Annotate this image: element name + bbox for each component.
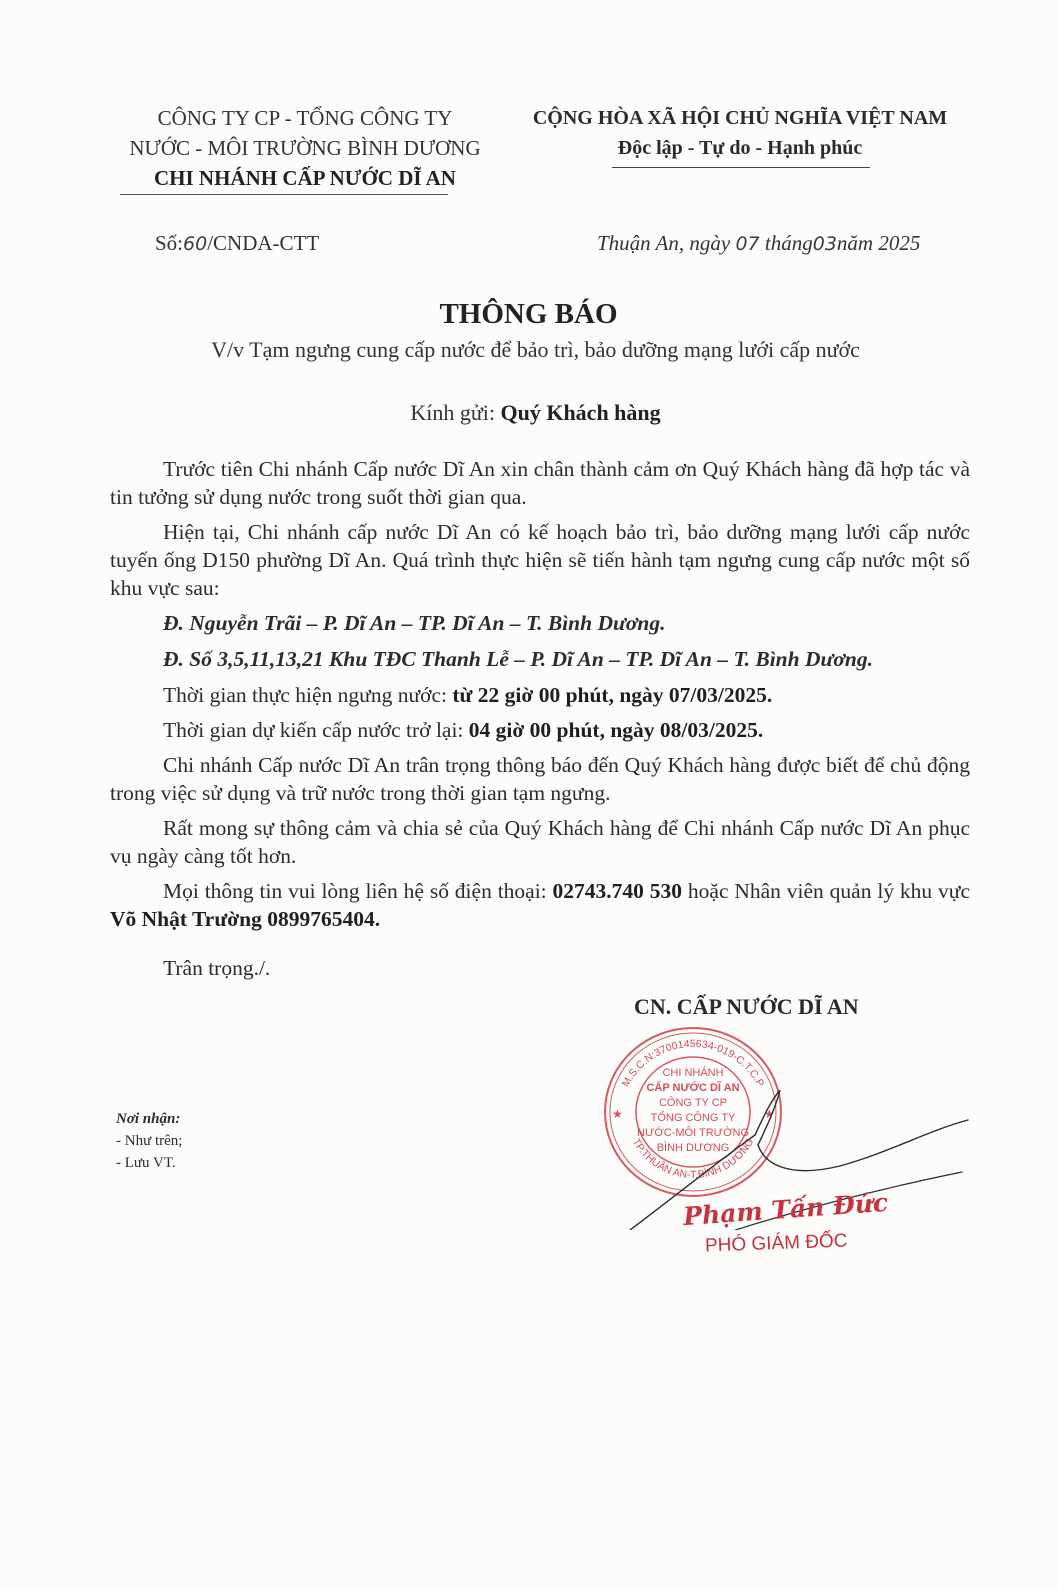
issuer-parent-company: CÔNG TY CP - TỔNG CÔNG TY: [70, 103, 540, 133]
recipients-title: Nơi nhận:: [116, 1108, 182, 1130]
document-number: Số:60/CNDA-CTT: [155, 231, 319, 256]
date-month-label: tháng: [760, 231, 813, 255]
issuer-parent-company-line2: NƯỚC - MÔI TRƯỜNG BÌNH DƯƠNG: [70, 133, 540, 163]
issuer-underline: [120, 194, 448, 195]
national-header: CỘNG HÒA XÃ HỘI CHỦ NGHĨA VIỆT NAM Độc l…: [500, 103, 980, 163]
greeting-label: Kính gửi:: [410, 400, 500, 425]
date-month: 03: [813, 233, 837, 255]
document-subject: V/v Tạm ngưng cung cấp nước để bảo trì, …: [0, 337, 1057, 363]
recipients-block: Nơi nhận: - Như trên; - Lưu VT.: [116, 1108, 182, 1174]
paragraph-apology: Rất mong sự thông cảm và chia sẻ của Quý…: [110, 814, 970, 870]
stop-time-value: từ 22 giờ 00 phút, ngày 07/03/2025.: [452, 683, 772, 707]
issuer-branch-name: CHI NHÁNH CẤP NƯỚC DĨ AN: [70, 163, 540, 193]
paragraph-contact: Mọi thông tin vui lòng liên hệ số điện t…: [110, 877, 970, 933]
affected-address-1: Đ. Nguyễn Trãi – P. Dĩ An – TP. Dĩ An – …: [110, 609, 970, 637]
contact-phone: 02743.740 530: [553, 879, 683, 903]
date-day: 07: [735, 233, 759, 255]
closing: Trân trọng./.: [163, 956, 270, 981]
greeting-recipient: Quý Khách hàng: [500, 400, 660, 425]
document-body: Trước tiên Chi nhánh Cấp nước Dĩ An xin …: [110, 455, 970, 940]
resume-time: Thời gian dự kiến cấp nước trở lại: 04 g…: [110, 716, 970, 744]
stamp-inner-line: CHI NHÁNH: [662, 1066, 723, 1079]
stop-time: Thời gian thực hiện ngưng nước: từ 22 gi…: [110, 681, 970, 709]
resume-time-value: 04 giờ 00 phút, ngày 08/03/2025.: [469, 718, 763, 742]
recipient-item: - Như trên;: [116, 1130, 182, 1152]
contact-middle: hoặc Nhân viên quản lý khu vực: [682, 879, 970, 903]
motto-underline: [612, 167, 870, 168]
greeting: Kính gửi: Quý Khách hàng: [0, 400, 1057, 426]
signer-title: PHÓ GIÁM ĐỐC: [705, 1231, 848, 1258]
paragraph-plan: Hiện tại, Chi nhánh cấp nước Dĩ An có kế…: [110, 518, 970, 602]
contact-prefix: Mọi thông tin vui lòng liên hệ số điện t…: [163, 879, 553, 903]
national-name: CỘNG HÒA XÃ HỘI CHỦ NGHĨA VIỆT NAM: [500, 103, 980, 133]
date-place: Thuận An, ngày: [597, 231, 735, 255]
affected-address-2: Đ. Số 3,5,11,13,21 Khu TĐC Thanh Lễ – P.…: [110, 645, 970, 673]
document-number-suffix: /CNDA-CTT: [207, 231, 319, 255]
document-number-handwritten: 60: [183, 233, 207, 255]
signature-org: CN. CẤP NƯỚC DĨ AN: [634, 994, 859, 1020]
recipient-item: - Lưu VT.: [116, 1152, 182, 1174]
stop-time-label: Thời gian thực hiện ngưng nước:: [163, 683, 452, 707]
document-number-prefix: Số:: [155, 231, 183, 255]
national-motto: Độc lập - Tự do - Hạnh phúc: [500, 133, 980, 163]
document-title: THÔNG BÁO: [0, 298, 1057, 331]
paragraph-thanks: Trước tiên Chi nhánh Cấp nước Dĩ An xin …: [110, 455, 970, 511]
date-year: năm 2025: [837, 231, 920, 255]
issuer-header: CÔNG TY CP - TỔNG CÔNG TY NƯỚC - MÔI TRƯ…: [70, 103, 540, 193]
date-line: Thuận An, ngày 07 tháng03năm 2025: [597, 231, 920, 256]
contact-person: Võ Nhật Trường 0899765404.: [110, 907, 380, 931]
paragraph-notice: Chi nhánh Cấp nước Dĩ An trân trọng thôn…: [110, 751, 970, 807]
resume-time-label: Thời gian dự kiến cấp nước trở lại:: [163, 718, 469, 742]
